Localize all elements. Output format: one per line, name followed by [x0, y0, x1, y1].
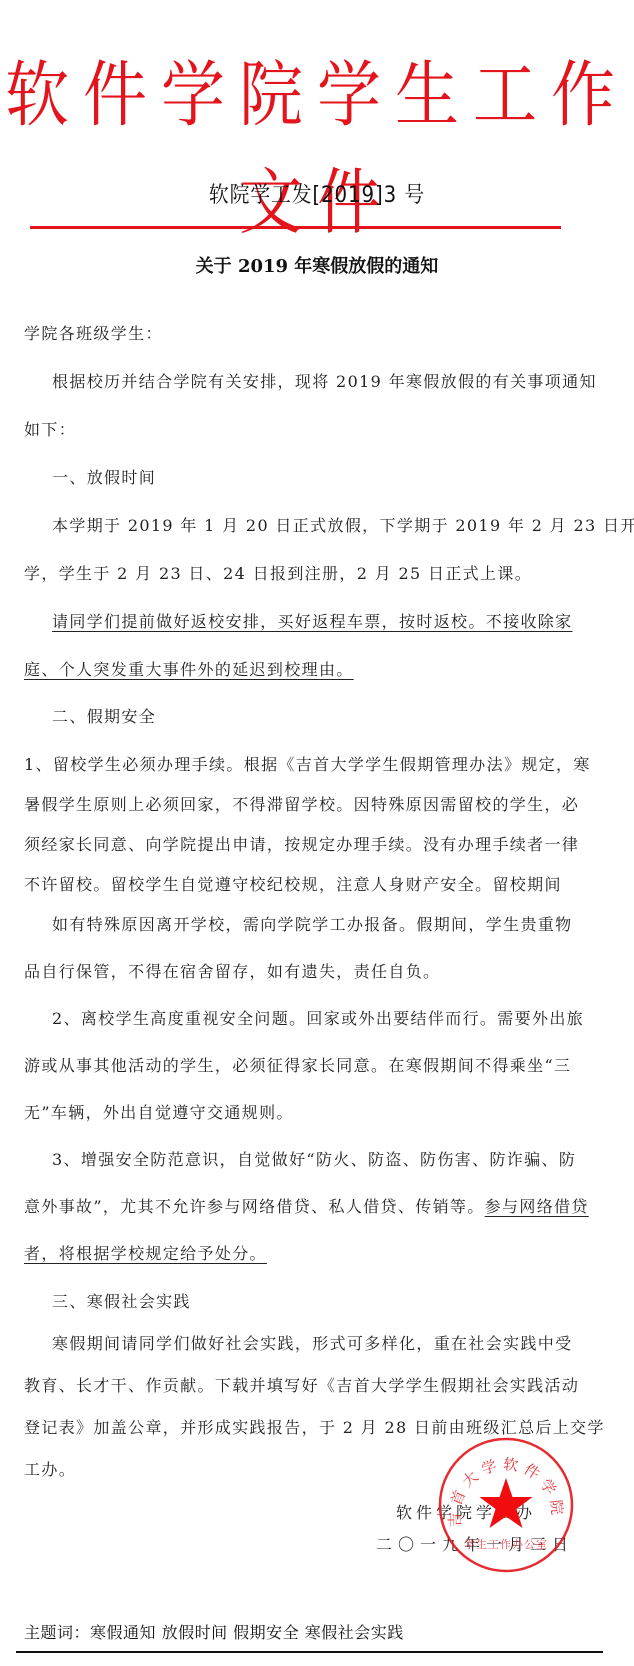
section-heading-3: 三、寒假社会实践 [52, 1292, 191, 1312]
red-divider [30, 226, 561, 229]
official-seal: 吉首大学软件学院 学生工作办公室 [437, 1436, 575, 1574]
section2-item3-line2: 意外事故”，尤其不允许参与网络借贷、私人借贷、传销等。参与网络借贷 [24, 1197, 589, 1217]
section2-item1-line2: 暑假学生原则上必须回家，不得滞留学校。因特殊原因需留校的学生，必 [24, 795, 579, 815]
section2-item3-line2-text: 意外事故”，尤其不允许参与网络借贷、私人借贷、传销等。 [24, 1197, 485, 1216]
section2-item1-line3: 须经家长同意、向学院提出申请，按规定办理手续。没有办理手续者一律 [24, 835, 579, 855]
keywords: 主题词：寒假通知 放假时间 假期安全 寒假社会实践 [24, 1620, 404, 1643]
section2-item1-line4: 不许留校。留校学生自觉遵守校纪校规，注意人身财产安全。留校期间 [24, 875, 562, 895]
svg-text:学生工作办公室: 学生工作办公室 [464, 1537, 548, 1551]
section-heading-2: 二、假期安全 [52, 707, 156, 727]
section1-para1-line2: 学，学生于 2 月 23 日、24 日报到注册，2 月 25 日正式上课。 [24, 564, 532, 584]
section2-item1b-line2: 品自行保管，不得在宿舍留存，如有遗失，责任自负。 [24, 962, 440, 982]
bottom-rule [16, 1651, 603, 1653]
section1-para1-line1: 本学期于 2019 年 1 月 20 日正式放假，下学期于 2019 年 2 月… [52, 516, 634, 536]
section2-item3-line1: 3、增强安全防范意识，自觉做好“防火、防盗、防伤害、防诈骗、防 [52, 1150, 576, 1170]
section-heading-1: 一、放假时间 [52, 468, 156, 488]
intro-line-2: 如下： [24, 420, 76, 440]
section2-item1b-line1: 如有特殊原因离开学校，需向学院学工办报备。假期间，学生贵重物 [52, 915, 573, 935]
notice-title: 关于 2019 年寒假放假的通知 [0, 252, 634, 278]
masthead-title: 软件学院学生工作文件 [0, 42, 634, 150]
section2-item3-line2-underlined: 参与网络借贷 [485, 1197, 589, 1216]
section3-para-line2: 教育、长才干、作贡献。下载并填写好《吉首大学学生假期社会实践活动 [24, 1376, 579, 1396]
section2-item2-line1: 2、离校学生高度重视安全问题。回家或外出要结伴而行。需要外出旅 [52, 1009, 584, 1029]
section3-para-line1: 寒假期间请同学们做好社会实践，形式可多样化，重在社会实践中受 [52, 1334, 573, 1354]
section2-item3-line3: 者，将根据学校规定给予处分。 [24, 1244, 267, 1264]
section2-item1-line1: 1、留校学生必须办理手续。根据《吉首大学学生假期管理办法》规定，寒 [24, 755, 591, 775]
section1-para2-line2: 庭、个人突发重大事件外的延迟到校理由。 [24, 660, 354, 680]
section3-para-line4: 工办。 [24, 1460, 76, 1480]
intro-line-1: 根据校历并结合学院有关安排，现将 2019 年寒假放假的有关事项通知 [52, 372, 597, 392]
seal-icon: 吉首大学软件学院 学生工作办公室 [437, 1436, 575, 1574]
section3-para-line3: 登记表》加盖公章，并形成实践报告，于 2 月 28 日前由班级汇总后上交学 [24, 1418, 605, 1438]
document-number: 软院学工发[2019]3 号 [32, 178, 603, 209]
section1-para2-line1: 请同学们提前做好返校安排，买好返程车票，按时返校。不接收除家 [52, 612, 573, 632]
section2-item2-line2: 游或从事其他活动的学生，必须征得家长同意。在寒假期间不得乘坐“三 [24, 1056, 571, 1076]
section2-item2-line3: 无”车辆，外出自觉遵守交通规则。 [24, 1103, 294, 1123]
salutation: 学院各班级学生： [24, 324, 163, 344]
